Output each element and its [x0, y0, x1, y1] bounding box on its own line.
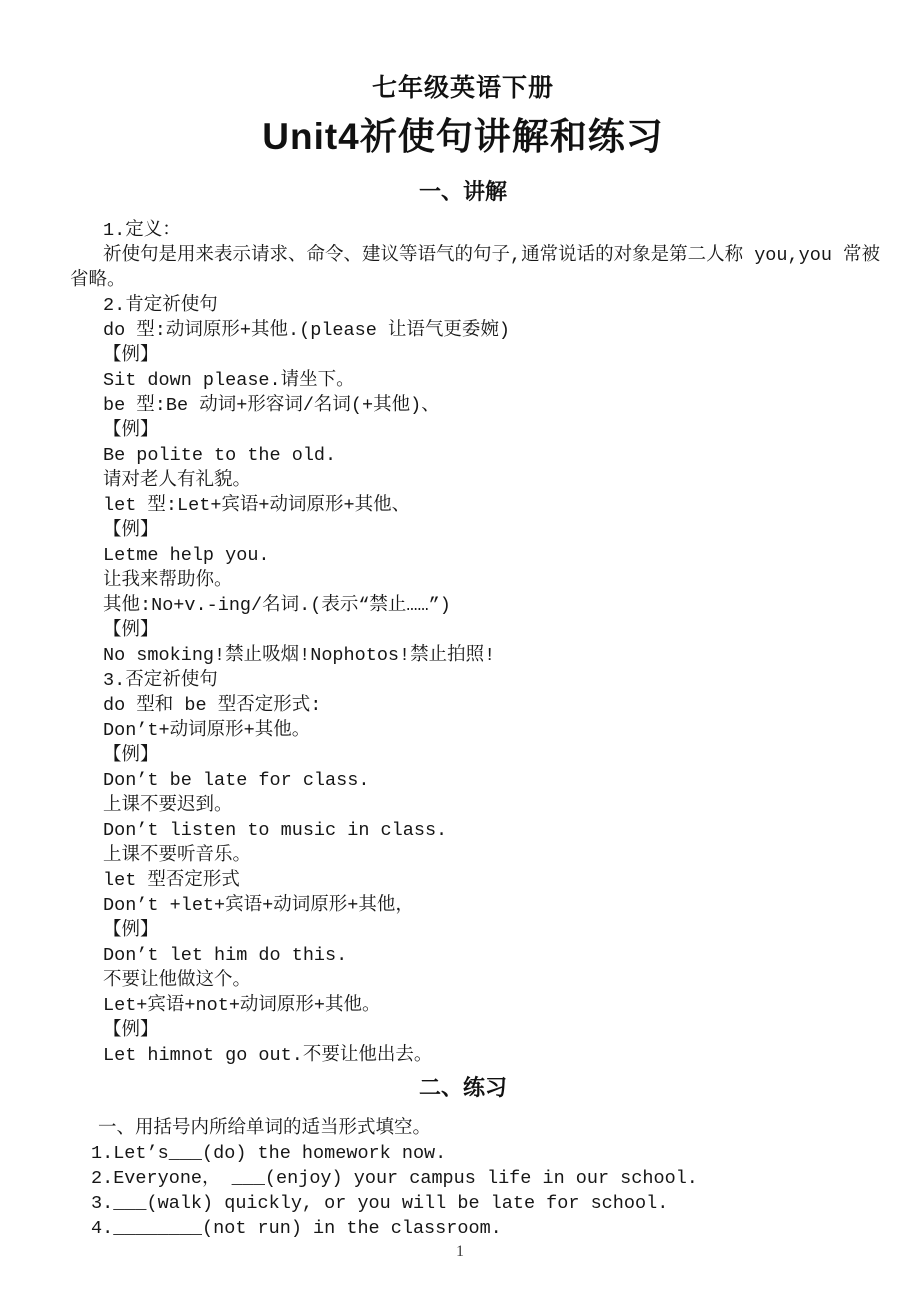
text-line: Don’t be late for class. — [70, 768, 856, 793]
text-line: Be polite to the old. — [70, 443, 856, 468]
text-line: 【例】 — [70, 743, 856, 768]
text-line: 其他:No+v.-ing/名词.(表示“禁止……”) — [70, 593, 856, 618]
text-line: let 型:Let+宾语+动词原形+其他、 — [70, 493, 856, 518]
text-line: Let+宾语+not+动词原形+其他。 — [70, 993, 856, 1018]
text-line: 【例】 — [70, 343, 856, 368]
section-heading-practice: 二、练习 — [70, 1073, 856, 1103]
practice-intro-line: 一、用括号内所给单词的适当形式填空。 — [70, 1116, 856, 1141]
text-line: Letme help you. — [70, 543, 856, 568]
text-line: 【例】 — [70, 518, 856, 543]
text-line: Let himnot go out.不要让他出去。 — [70, 1043, 856, 1068]
text-line: 【例】 — [70, 918, 856, 943]
text-line: 1.定义： — [70, 218, 856, 243]
text-line: 上课不要迟到。 — [70, 793, 856, 818]
section-heading-explanation: 一、讲解 — [70, 177, 856, 207]
text-line: 不要让他做这个。 — [70, 968, 856, 993]
text-line: 让我来帮助你。 — [70, 568, 856, 593]
explanation-text: 1.定义：祈使句是用来表示请求、命令、建议等语气的句子,通常说话的对象是第二人称… — [70, 218, 856, 1068]
text-line: 3.___(walk) quickly, or you will be late… — [70, 1191, 856, 1216]
text-line: Don’t+动词原形+其他。 — [70, 718, 856, 743]
document-body: 七年级英语下册 Unit4祈使句讲解和练习 一、讲解 1.定义：祈使句是用来表示… — [0, 72, 920, 1241]
text-line: 4.________(not run) in the classroom. — [70, 1216, 856, 1241]
text-line: let 型否定形式 — [70, 868, 856, 893]
text-line: be 型:Be 动词+形容词/名词(+其他)、 — [70, 393, 856, 418]
text-line: Don’t let him do this. — [70, 943, 856, 968]
practice-items: 1.Let’s___(do) the homework now.2.Everyo… — [70, 1141, 856, 1241]
text-line: do 型:动词原形+其他.(please 让语气更委婉) — [70, 318, 856, 343]
document-page: 七年级英语下册 Unit4祈使句讲解和练习 一、讲解 1.定义：祈使句是用来表示… — [0, 0, 920, 1302]
doc-title: Unit4祈使句讲解和练习 — [70, 114, 856, 160]
text-line: 2.Everyone， ___(enjoy) your campus life … — [70, 1166, 856, 1191]
text-line: 3.否定祈使句 — [70, 668, 856, 693]
text-line: 祈使句是用来表示请求、命令、建议等语气的句子,通常说话的对象是第二人称 you,… — [70, 243, 856, 268]
text-line: do 型和 be 型否定形式: — [70, 693, 856, 718]
text-line: 请对老人有礼貌。 — [70, 468, 856, 493]
text-line: 2.肯定祈使句 — [70, 293, 856, 318]
text-line: Don’t +let+宾语+动词原形+其他， — [70, 893, 856, 918]
text-line: 上课不要听音乐。 — [70, 843, 856, 868]
text-line: 省略。 — [70, 268, 856, 293]
text-line: No smoking!禁止吸烟!Nophotos!禁止拍照! — [70, 643, 856, 668]
text-line: 1.Let’s___(do) the homework now. — [70, 1141, 856, 1166]
text-line: 【例】 — [70, 618, 856, 643]
text-line: Don’t listen to music in class. — [70, 818, 856, 843]
text-line: 【例】 — [70, 418, 856, 443]
page-number: 1 — [0, 1243, 920, 1261]
text-line: Sit down please.请坐下。 — [70, 368, 856, 393]
doc-subtitle: 七年级英语下册 — [70, 72, 856, 104]
text-line: 【例】 — [70, 1018, 856, 1043]
